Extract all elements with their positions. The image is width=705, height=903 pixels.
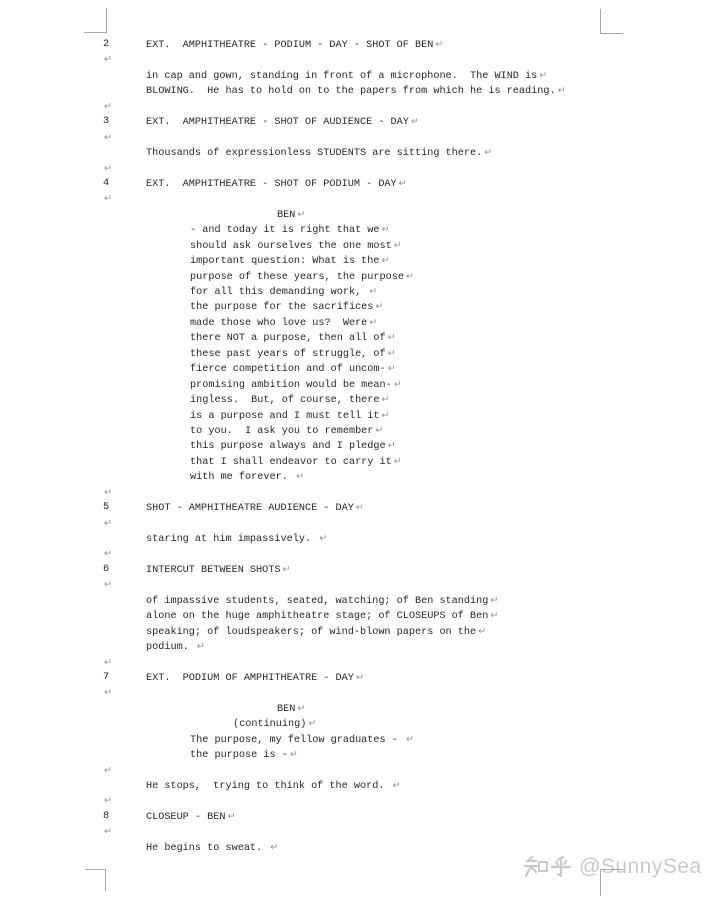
script-line: these past years of struggle, of↵ xyxy=(0,346,705,361)
paragraph-mark-icon: ↵ xyxy=(375,425,383,436)
scene-number: 2 xyxy=(103,37,109,52)
script-line: for all this demanding work, ↵ xyxy=(0,284,705,299)
line-text: BEN↵ xyxy=(277,207,305,223)
blank-line: ↵ xyxy=(0,685,705,700)
script-line: in cap and gown, standing in front of a … xyxy=(0,68,705,83)
zhihu-logo-icon xyxy=(524,855,572,879)
paragraph-mark-icon: ↵ xyxy=(104,52,112,67)
line-text: (continuing)↵ xyxy=(233,716,316,732)
paragraph-mark-icon: ↵ xyxy=(227,811,235,822)
paragraph-mark-icon: ↵ xyxy=(382,224,390,235)
paragraph-mark-icon: ↵ xyxy=(388,332,396,343)
watermark-handle: @SunnySea xyxy=(579,855,702,879)
script-line: 3EXT. AMPHITHEATRE - SHOT OF AUDIENCE - … xyxy=(0,114,705,129)
paragraph-mark-icon: ↵ xyxy=(394,379,402,390)
script-line: 2EXT. AMPHITHEATRE - PODIUM - DAY - SHOT… xyxy=(0,37,705,52)
paragraph-mark-icon: ↵ xyxy=(104,577,112,592)
line-text: BEN↵ xyxy=(277,701,305,717)
line-text: He stops, trying to think of the word. ↵ xyxy=(146,778,401,794)
script-line: (continuing)↵ xyxy=(0,716,705,731)
blank-line: ↵ xyxy=(0,824,705,839)
line-text: INTERCUT BETWEEN SHOTS↵ xyxy=(146,562,290,578)
blank-line: ↵ xyxy=(0,52,705,67)
paragraph-mark-icon: ↵ xyxy=(308,718,316,729)
script-line: this purpose always and I pledge↵ xyxy=(0,438,705,453)
script-line: with me forever. ↵ xyxy=(0,469,705,484)
paragraph-mark-icon: ↵ xyxy=(382,394,390,405)
script-line: - and today it is right that we↵ xyxy=(0,222,705,237)
script-line: fierce competition and of uncom-↵ xyxy=(0,361,705,376)
script-line: purpose of these years, the purpose↵ xyxy=(0,269,705,284)
script-line: The purpose, my fellow graduates - ↵ xyxy=(0,732,705,747)
blank-line: ↵ xyxy=(0,130,705,145)
line-text: is a purpose and I must tell it↵ xyxy=(190,408,390,424)
line-text: in cap and gown, standing in front of a … xyxy=(146,68,547,84)
line-text: this purpose always and I pledge↵ xyxy=(190,438,396,454)
blank-line: ↵ xyxy=(0,577,705,592)
line-text: EXT. AMPHITHEATRE - SHOT OF AUDIENCE - D… xyxy=(146,114,419,130)
paragraph-mark-icon: ↵ xyxy=(104,130,112,145)
line-text: there NOT a purpose, then all of↵ xyxy=(190,330,396,346)
paragraph-mark-icon: ↵ xyxy=(478,626,486,637)
line-text: to you. I ask you to remember↵ xyxy=(190,423,383,439)
line-text: BLOWING. He has to hold on to the papers… xyxy=(146,83,566,99)
paragraph-mark-icon: ↵ xyxy=(356,502,364,513)
script-line: BEN↵ xyxy=(0,701,705,716)
blank-line: ↵ xyxy=(0,516,705,531)
line-text: promising ambition would be mean-↵ xyxy=(190,377,402,393)
paragraph-mark-icon: ↵ xyxy=(356,672,364,683)
line-text: important question: What is the↵ xyxy=(190,253,390,269)
paragraph-mark-icon: ↵ xyxy=(104,824,112,839)
script-line: 7EXT. PODIUM OF AMPHITHEATRE - DAY↵ xyxy=(0,670,705,685)
scene-number: 3 xyxy=(103,114,109,129)
paragraph-mark-icon: ↵ xyxy=(394,240,402,251)
blank-line: ↵ xyxy=(0,161,705,176)
paragraph-mark-icon: ↵ xyxy=(406,271,414,282)
line-text: He begins to sweat. ↵ xyxy=(146,840,278,856)
script-line: 6INTERCUT BETWEEN SHOTS↵ xyxy=(0,562,705,577)
paragraph-mark-icon: ↵ xyxy=(104,191,112,206)
paragraph-mark-icon: ↵ xyxy=(399,178,407,189)
paragraph-mark-icon: ↵ xyxy=(104,546,112,561)
line-text: EXT. PODIUM OF AMPHITHEATRE - DAY↵ xyxy=(146,670,364,686)
script-line: podium. ↵ xyxy=(0,639,705,654)
scene-number: 6 xyxy=(103,562,109,577)
line-text: The purpose, my fellow graduates - ↵ xyxy=(190,732,414,748)
scene-number: 4 xyxy=(103,176,109,191)
document-body: 2EXT. AMPHITHEATRE - PODIUM - DAY - SHOT… xyxy=(0,37,705,855)
paragraph-mark-icon: ↵ xyxy=(394,456,402,467)
paragraph-mark-icon: ↵ xyxy=(197,641,205,652)
line-text: CLOSEUP - BEN↵ xyxy=(146,809,235,825)
paragraph-mark-icon: ↵ xyxy=(558,85,566,96)
script-line: ingless. But, of course, there↵ xyxy=(0,392,705,407)
line-text: made those who love us? Were↵ xyxy=(190,315,377,331)
script-line: 8CLOSEUP - BEN↵ xyxy=(0,809,705,824)
paragraph-mark-icon: ↵ xyxy=(296,471,304,482)
paragraph-mark-icon: ↵ xyxy=(319,533,327,544)
paragraph-mark-icon: ↵ xyxy=(369,286,377,297)
script-line: made those who love us? Were↵ xyxy=(0,315,705,330)
crop-mark-top-right-icon xyxy=(600,9,623,34)
paragraph-mark-icon: ↵ xyxy=(297,703,305,714)
line-text: alone on the huge amphitheatre stage; of… xyxy=(146,608,498,624)
line-text: of impassive students, seated, watching;… xyxy=(146,593,498,609)
blank-line: ↵ xyxy=(0,99,705,114)
paragraph-mark-icon: ↵ xyxy=(406,734,414,745)
line-text: with me forever. ↵ xyxy=(190,469,304,485)
line-text: staring at him impassively. ↵ xyxy=(146,531,327,547)
paragraph-mark-icon: ↵ xyxy=(104,516,112,531)
paragraph-mark-icon: ↵ xyxy=(283,564,291,575)
paragraph-mark-icon: ↵ xyxy=(104,685,112,700)
script-line: of impassive students, seated, watching;… xyxy=(0,593,705,608)
paragraph-mark-icon: ↵ xyxy=(539,70,547,81)
paragraph-mark-icon: ↵ xyxy=(375,301,383,312)
line-text: for all this demanding work, ↵ xyxy=(190,284,377,300)
line-text: ingless. But, of course, there↵ xyxy=(190,392,390,408)
paragraph-mark-icon: ↵ xyxy=(104,485,112,500)
paragraph-mark-icon: ↵ xyxy=(388,363,396,374)
line-text: fierce competition and of uncom-↵ xyxy=(190,361,396,377)
paragraph-mark-icon: ↵ xyxy=(490,610,498,621)
paragraph-mark-icon: ↵ xyxy=(382,410,390,421)
script-line: Thousands of expressionless STUDENTS are… xyxy=(0,145,705,160)
paragraph-mark-icon: ↵ xyxy=(369,317,377,328)
script-line: that I shall endeavor to carry it↵ xyxy=(0,454,705,469)
line-text: EXT. AMPHITHEATRE - SHOT OF PODIUM - DAY… xyxy=(146,176,407,192)
script-line: to you. I ask you to remember↵ xyxy=(0,423,705,438)
line-text: podium. ↵ xyxy=(146,639,205,655)
crop-mark-bottom-left-icon xyxy=(85,869,106,891)
line-text: Thousands of expressionless STUDENTS are… xyxy=(146,145,492,161)
script-line: He stops, trying to think of the word. ↵ xyxy=(0,778,705,793)
paragraph-mark-icon: ↵ xyxy=(388,348,396,359)
blank-line: ↵ xyxy=(0,191,705,206)
line-text: should ask ourselves the one most↵ xyxy=(190,238,402,254)
line-text: the purpose is -↵ xyxy=(190,747,298,763)
blank-line: ↵ xyxy=(0,485,705,500)
line-text: these past years of struggle, of↵ xyxy=(190,346,396,362)
script-line: 4EXT. AMPHITHEATRE - SHOT OF PODIUM - DA… xyxy=(0,176,705,191)
scene-number: 8 xyxy=(103,809,109,824)
paragraph-mark-icon: ↵ xyxy=(435,39,443,50)
crop-mark-top-left-icon xyxy=(84,8,107,33)
script-line: BLOWING. He has to hold on to the papers… xyxy=(0,83,705,98)
script-line: 5SHOT - AMPHITHEATRE AUDIENCE - DAY↵ xyxy=(0,500,705,515)
script-line: staring at him impassively. ↵ xyxy=(0,531,705,546)
line-text: that I shall endeavor to carry it↵ xyxy=(190,454,402,470)
scene-number: 5 xyxy=(103,500,109,515)
paragraph-mark-icon: ↵ xyxy=(411,116,419,127)
crop-mark-bottom-right-icon xyxy=(600,869,623,896)
blank-line: ↵ xyxy=(0,793,705,808)
paragraph-mark-icon: ↵ xyxy=(104,99,112,114)
blank-line: ↵ xyxy=(0,655,705,670)
paragraph-mark-icon: ↵ xyxy=(393,780,401,791)
line-text: SHOT - AMPHITHEATRE AUDIENCE - DAY↵ xyxy=(146,500,364,516)
script-page: 2EXT. AMPHITHEATRE - PODIUM - DAY - SHOT… xyxy=(0,0,705,903)
script-line: He begins to sweat. ↵ xyxy=(0,840,705,855)
line-text: the purpose for the sacrifices↵ xyxy=(190,299,383,315)
blank-line: ↵ xyxy=(0,546,705,561)
paragraph-mark-icon: ↵ xyxy=(290,749,298,760)
line-text: purpose of these years, the purpose↵ xyxy=(190,269,414,285)
line-text: EXT. AMPHITHEATRE - PODIUM - DAY - SHOT … xyxy=(146,37,443,53)
script-line: the purpose is -↵ xyxy=(0,747,705,762)
script-line: there NOT a purpose, then all of↵ xyxy=(0,330,705,345)
paragraph-mark-icon: ↵ xyxy=(104,161,112,176)
blank-line: ↵ xyxy=(0,763,705,778)
script-line: BEN↵ xyxy=(0,207,705,222)
paragraph-mark-icon: ↵ xyxy=(484,147,492,158)
line-text: speaking; of loudspeakers; of wind-blown… xyxy=(146,624,486,640)
script-line: speaking; of loudspeakers; of wind-blown… xyxy=(0,624,705,639)
paragraph-mark-icon: ↵ xyxy=(382,255,390,266)
script-line: important question: What is the↵ xyxy=(0,253,705,268)
line-text: - and today it is right that we↵ xyxy=(190,222,390,238)
script-line: the purpose for the sacrifices↵ xyxy=(0,299,705,314)
paragraph-mark-icon: ↵ xyxy=(297,209,305,220)
paragraph-mark-icon: ↵ xyxy=(104,793,112,808)
script-line: alone on the huge amphitheatre stage; of… xyxy=(0,608,705,623)
paragraph-mark-icon: ↵ xyxy=(388,440,396,451)
script-line: should ask ourselves the one most↵ xyxy=(0,238,705,253)
script-line: is a purpose and I must tell it↵ xyxy=(0,408,705,423)
paragraph-mark-icon: ↵ xyxy=(270,842,278,853)
script-line: promising ambition would be mean-↵ xyxy=(0,377,705,392)
scene-number: 7 xyxy=(103,670,109,685)
paragraph-mark-icon: ↵ xyxy=(104,655,112,670)
paragraph-mark-icon: ↵ xyxy=(104,763,112,778)
paragraph-mark-icon: ↵ xyxy=(490,595,498,606)
